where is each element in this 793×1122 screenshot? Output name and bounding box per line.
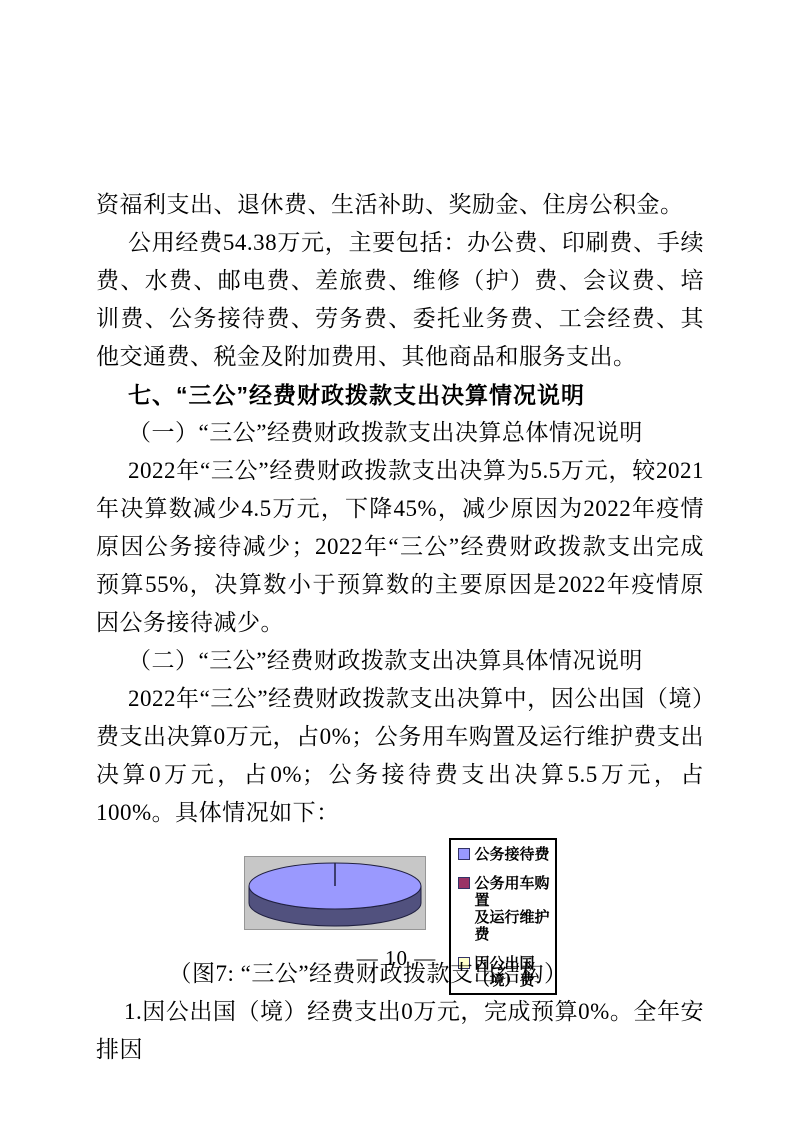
legend-label-line: 及运行维护费 <box>475 909 550 943</box>
paragraph-item1: 1.因公出国（境）经费支出0万元，完成预算0%。全年安排因 <box>96 993 704 1069</box>
legend-swatch-vehicles <box>458 877 470 889</box>
legend-label-reception: 公务接待费 <box>475 846 550 863</box>
legend-item-vehicles: 公务用车购置 及运行维护费 <box>458 875 550 943</box>
subsection-heading-1: （一）“三公”经费财政拨款支出决算总体情况说明 <box>96 414 704 452</box>
paragraph-public-funds: 公用经费54.38万元，主要包括：办公费、印刷费、手续费、水费、邮电费、差旅费、… <box>96 224 704 376</box>
page-number: — 10 — <box>0 946 793 971</box>
section-heading-7: 七、“三公”经费财政拨款支出决算情况说明 <box>96 376 704 414</box>
legend-label-line: 公务接待费 <box>475 846 550 863</box>
pie-chart-plot <box>244 856 426 930</box>
legend-label-line: 公务用车购置 <box>475 875 550 909</box>
paragraph-continuation: 资福利支出、退休费、生活补助、奖励金、住房公积金。 <box>96 186 704 224</box>
pie-chart-figure: 公务接待费 公务用车购置 及运行维护费 因公出国 （境）费 <box>96 838 704 955</box>
paragraph-detail: 2022年“三公”经费财政拨款支出决算中，因公出国（境）费支出决算0万元，占0%… <box>96 680 704 832</box>
text-block: 资福利支出、退休费、生活补助、奖励金、住房公积金。 公用经费54.38万元，主要… <box>96 186 704 1069</box>
paragraph-overall: 2022年“三公”经费财政拨款支出决算为5.5万元，较2021年决算数减少4.5… <box>96 452 704 642</box>
document-page: 资福利支出、退休费、生活补助、奖励金、住房公积金。 公用经费54.38万元，主要… <box>0 0 793 1122</box>
legend-label-vehicles: 公务用车购置 及运行维护费 <box>475 875 550 943</box>
subsection-heading-2: （二）“三公”经费财政拨款支出决算具体情况说明 <box>96 642 704 680</box>
legend-swatch-reception <box>458 848 470 860</box>
legend-item-reception: 公务接待费 <box>458 846 550 863</box>
